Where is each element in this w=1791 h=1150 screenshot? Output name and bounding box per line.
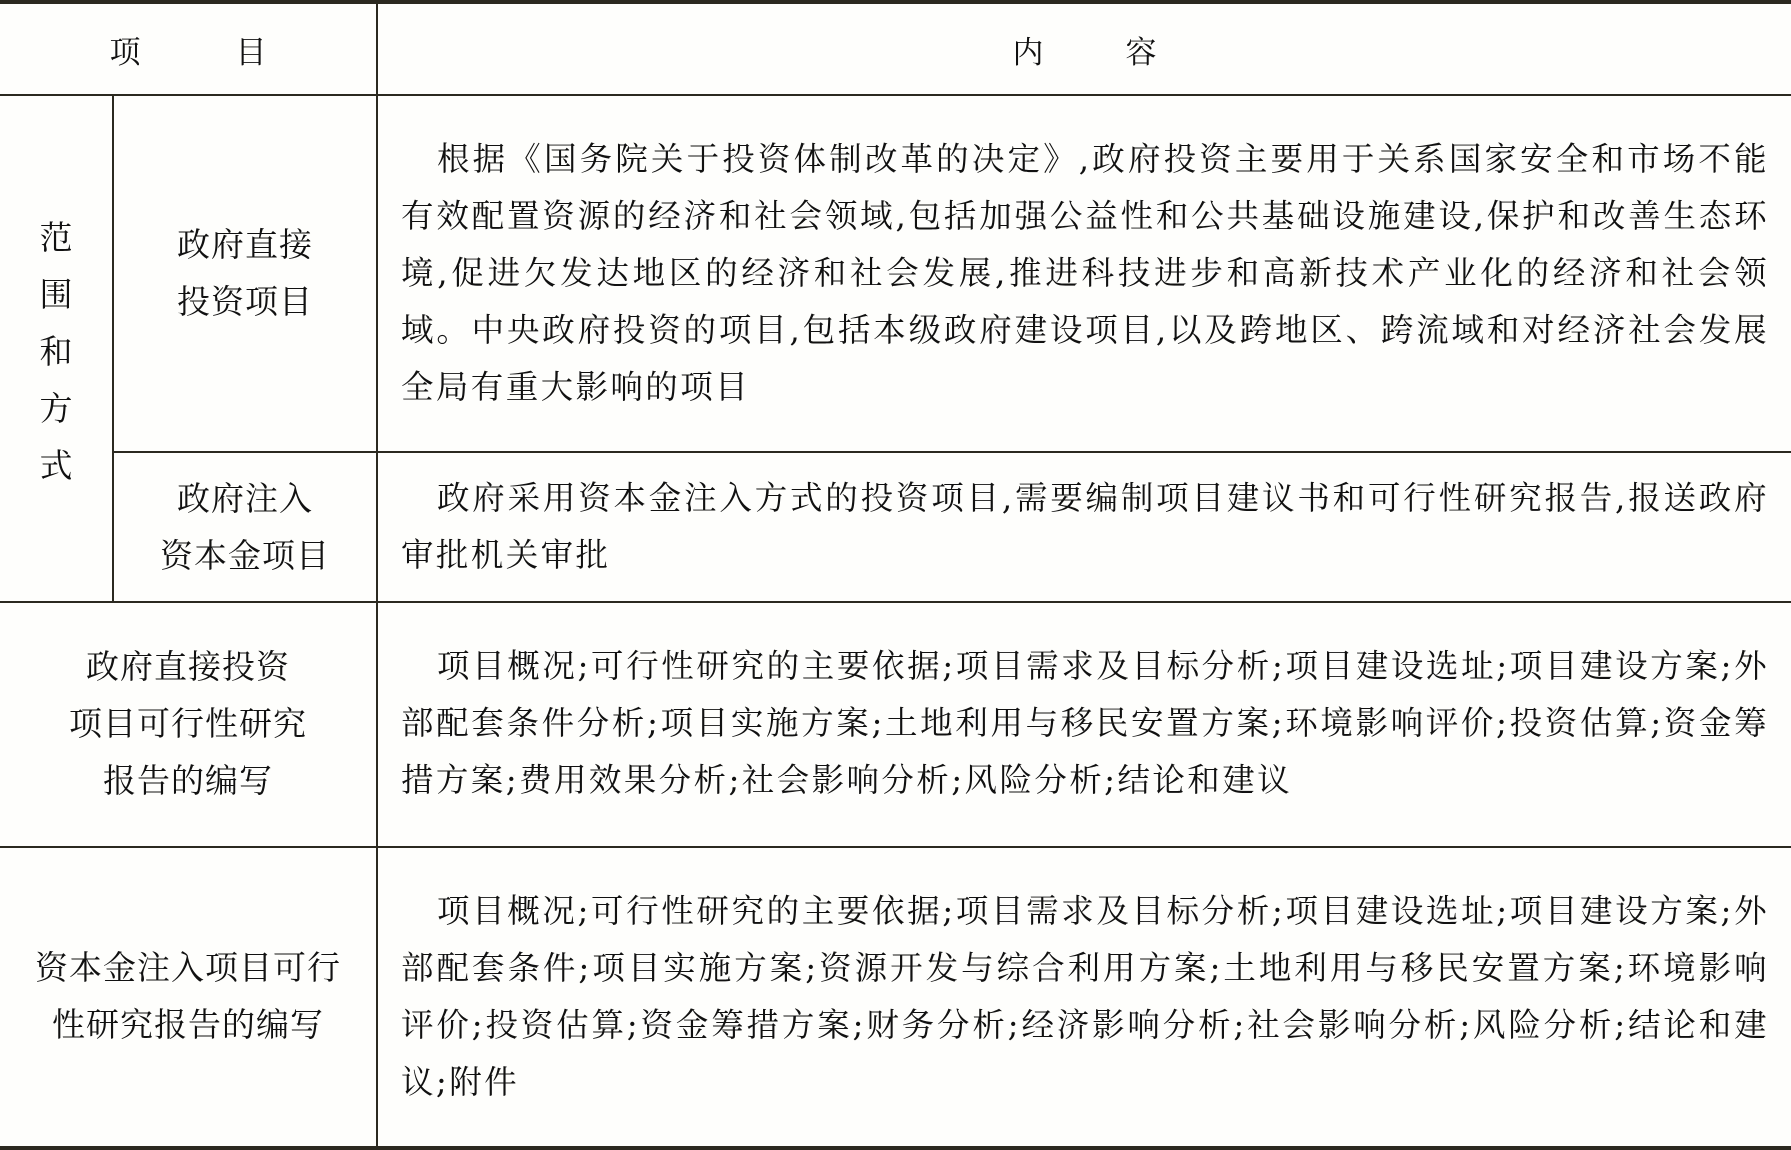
- section-label-char: 范: [0, 209, 112, 266]
- row-label-line: 政府直接投资: [0, 638, 376, 695]
- header-content-char-2: 容: [1126, 27, 1157, 72]
- row-label-line: 报告的编写: [0, 752, 376, 809]
- row-label-line: 政府直接: [114, 216, 376, 273]
- row-rule-1: [0, 601, 1791, 603]
- section-label-char: 方: [0, 380, 112, 437]
- row-label-line: 投资项目: [114, 273, 376, 330]
- header-bottom-rule: [0, 94, 1791, 96]
- row-label-capital-feasibility: 资本金注入项目可行 性研究报告的编写: [0, 939, 376, 1053]
- row-label-capital-injection: 政府注入 资本金项目: [114, 470, 376, 584]
- section-label-range: 范 围 和 方 式: [0, 209, 112, 494]
- row-content-direct-investment: 根据《国务院关于投资体制改革的决定》,政府投资主要用于关系国家安全和市场不能有效…: [401, 131, 1769, 416]
- row-label-line: 项目可行性研究: [0, 695, 376, 752]
- row-content-text: 政府采用资本金注入方式的投资项目,需要编制项目建议书和可行性研究报告,报送政府审…: [401, 470, 1769, 584]
- row-content-capital-feasibility: 项目概况;可行性研究的主要依据;项目需求及目标分析;项目建设选址;项目建设方案;…: [401, 883, 1769, 1111]
- header-content: 内 容: [378, 4, 1791, 94]
- column-divider: [376, 0, 378, 1150]
- row-rule-2: [0, 846, 1791, 848]
- header-item: 项 目: [0, 4, 376, 94]
- sub-row-rule: [113, 451, 1791, 453]
- row-content-capital-injection: 政府采用资本金注入方式的投资项目,需要编制项目建议书和可行性研究报告,报送政府审…: [401, 470, 1769, 584]
- header-item-char-2: 目: [236, 27, 267, 72]
- row-content-direct-feasibility: 项目概况;可行性研究的主要依据;项目需求及目标分析;项目建设选址;项目建设方案;…: [401, 638, 1769, 809]
- row-content-text: 根据《国务院关于投资体制改革的决定》,政府投资主要用于关系国家安全和市场不能有效…: [401, 131, 1769, 416]
- row-content-text: 项目概况;可行性研究的主要依据;项目需求及目标分析;项目建设选址;项目建设方案;…: [401, 638, 1769, 809]
- table-bottom-border: [0, 1146, 1791, 1150]
- row-content-text: 项目概况;可行性研究的主要依据;项目需求及目标分析;项目建设选址;项目建设方案;…: [401, 883, 1769, 1111]
- row-label-line: 资本金项目: [114, 527, 376, 584]
- header-item-char-1: 项: [110, 27, 141, 72]
- row-label-line: 资本金注入项目可行: [0, 939, 376, 996]
- row-label-direct-feasibility: 政府直接投资 项目可行性研究 报告的编写: [0, 638, 376, 809]
- row-label-line: 性研究报告的编写: [0, 996, 376, 1053]
- row-label-line: 政府注入: [114, 470, 376, 527]
- section-label-char: 围: [0, 266, 112, 323]
- header-content-char-1: 内: [1013, 27, 1044, 72]
- section-label-char: 和: [0, 323, 112, 380]
- section-label-char: 式: [0, 437, 112, 494]
- row-label-direct-investment: 政府直接 投资项目: [114, 216, 376, 330]
